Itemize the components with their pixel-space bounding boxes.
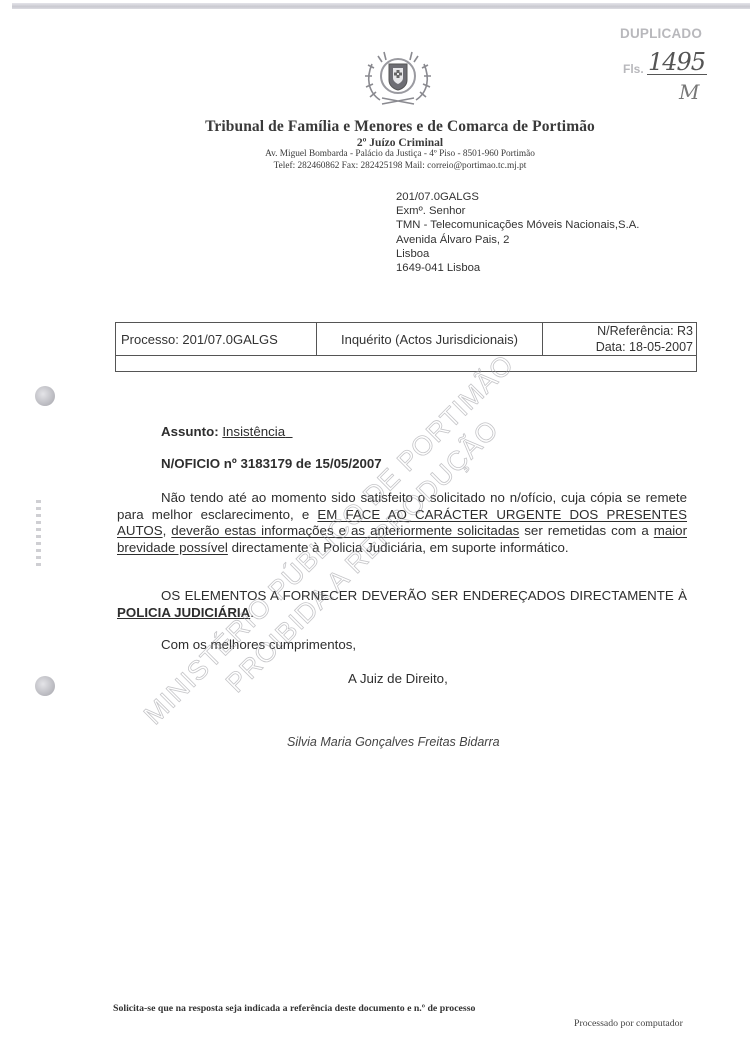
margin-mark: [36, 500, 41, 570]
subject-line: Assunto: Insistência: [161, 424, 293, 439]
police-emphasis: POLICIA JUDICIÁRIA: [117, 605, 250, 620]
folio-initials: M: [679, 80, 699, 104]
footer-processed: Processado por computador: [574, 1018, 683, 1029]
oficio-reference: N/OFICIO nº 3183179 de 15/05/2007: [161, 456, 382, 471]
court-name: Tribunal de Família e Menores e de Comar…: [0, 118, 750, 136]
recipient-line: Lisboa: [396, 247, 639, 261]
closing-greeting: Com os melhores cumprimentos,: [161, 637, 356, 652]
folio-number: 1495: [648, 48, 705, 76]
recipient-address: 201/07.0GALGS Exmº. Senhor TMN - Telecom…: [396, 190, 639, 275]
court-contacts: Telef: 282460862 Fax: 282425198 Mail: co…: [0, 161, 750, 173]
elements-paragraph: OS ELEMENTOS A FORNECER DEVERÃO SER ENDE…: [117, 588, 687, 621]
punch-hole: [35, 676, 55, 696]
recipient-line: Avenida Álvaro Pais, 2: [396, 233, 639, 247]
process-type: Inquérito (Actos Jurisdicionais): [317, 323, 543, 356]
recipient-line: 1649-041 Lisboa: [396, 261, 639, 275]
folio-line: [647, 74, 707, 75]
text-span: ser remetidas com a: [519, 523, 653, 538]
subject-label: Assunto:: [161, 424, 219, 439]
subject-value: Insistência: [222, 424, 285, 439]
text-span: .: [250, 605, 254, 620]
duplicate-label: DUPLICADO: [620, 26, 702, 41]
recipient-line: Exmº. Senhor: [396, 204, 639, 218]
process-info-table: Processo: 201/07.0GALGS Inquérito (Actos…: [115, 322, 697, 372]
text-span: ,: [163, 523, 172, 538]
footer-note: Solicita-se que na resposta seja indicad…: [113, 1003, 475, 1014]
reference-date: Data: 18-05-2007: [543, 339, 693, 355]
court-address: Av. Miguel Bombarda - Palácio da Justiça…: [0, 149, 750, 161]
main-paragraph: Não tendo até ao momento sido satisfeito…: [117, 490, 687, 557]
scan-top-edge: [12, 3, 750, 9]
coat-of-arms-icon: [360, 48, 436, 110]
punch-hole: [35, 386, 55, 406]
duplicate-stamp: DUPLICADO Fls. 1495 M: [620, 26, 702, 41]
recipient-line: 201/07.0GALGS: [396, 190, 639, 204]
signature-name: Silvia Maria Gonçalves Freitas Bidarra: [287, 735, 500, 749]
reference-number: N/Referência: R3: [543, 323, 693, 339]
judge-title: A Juiz de Direito,: [348, 671, 448, 686]
recipient-line: TMN - Telecomunicações Móveis Nacionais,…: [396, 218, 639, 232]
reference-cell: N/Referência: R3 Data: 18-05-2007: [543, 323, 697, 356]
letterhead: Tribunal de Família e Menores e de Comar…: [0, 118, 750, 172]
text-span: directamente à Policia Judiciária, em su…: [228, 540, 569, 555]
request-notice: deverão estas informações e as anteriorm…: [171, 523, 519, 538]
court-section: 2º Juízo Criminal: [0, 137, 750, 149]
process-number: Processo: 201/07.0GALGS: [116, 323, 317, 356]
empty-row: [116, 356, 697, 372]
folio-label: Fls.: [623, 62, 644, 76]
text-span: OS ELEMENTOS A FORNECER DEVERÃO SER ENDE…: [161, 588, 687, 603]
